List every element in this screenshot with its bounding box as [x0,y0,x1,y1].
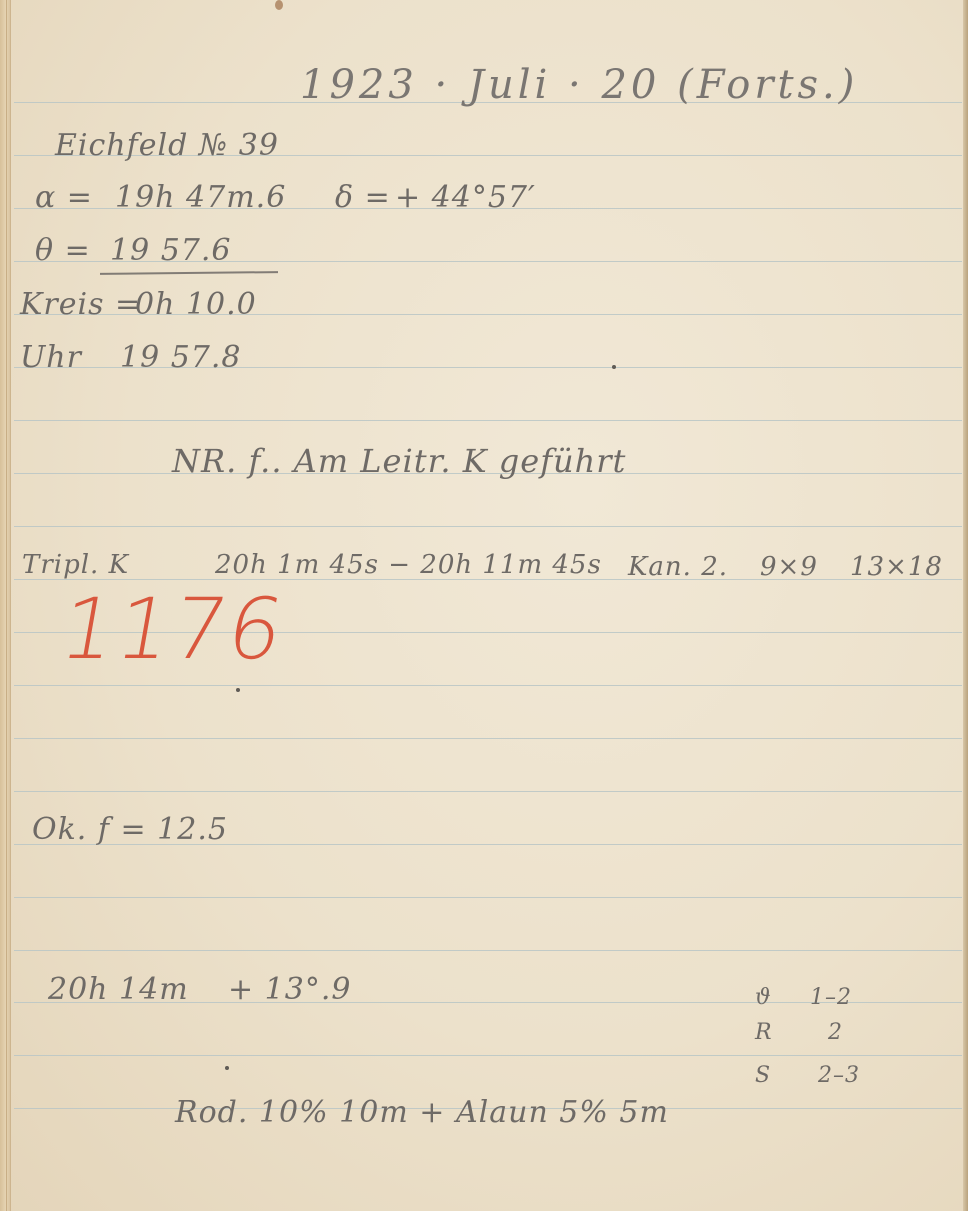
uhr-label: Uhr [20,340,82,375]
page-right-edge [963,0,968,1211]
plate-size-a: 9×9 [760,552,818,582]
condition-label: R [755,1020,773,1045]
condition-value: 2–3 [818,1063,860,1088]
page-title: 1923 · Juli · 20 (Forts.) [300,62,858,108]
field-label: Eichfeld № 39 [55,128,279,163]
kreis-value: 0h 10.0 [135,287,257,322]
sum-underline [100,271,278,275]
condition-label: S [755,1063,771,1088]
exposure-label: Tripl. K [22,550,129,580]
ruled-line [14,685,962,686]
ruled-line [14,526,962,527]
condition-value: 2 [828,1020,843,1045]
reading-temperature: + 13°.9 [228,972,351,1007]
ruled-line [14,897,962,898]
plate-number: 1176 [53,580,292,678]
guiding-note: NR. f.. Am Leitr. K geführt [172,442,626,480]
delta-value: + 44°57′ [395,180,536,215]
condition-label: ϑ [755,985,772,1010]
ruled-line [14,738,962,739]
ruled-line [14,420,962,421]
delta-label: δ = [335,180,391,215]
ruled-line [14,1055,962,1056]
condition-value: 1–2 [810,985,852,1010]
page-binding-line [6,0,7,1211]
kreis-label: Kreis = [20,287,141,322]
theta-value: 19 57.6 [110,233,232,268]
notebook-page: 1923 · Juli · 20 (Forts.) Eichfeld № 39 … [0,0,968,1211]
ruled-line [14,791,962,792]
pencil-dot [612,365,616,369]
uhr-value: 19 57.8 [120,340,242,375]
alpha-label: α = [35,180,93,215]
pencil-dot [225,1066,229,1070]
alpha-value: 19h 47m.6 [115,180,286,215]
camera-label: Kan. 2. [628,552,728,582]
plate-size-b: 13×18 [850,552,943,582]
theta-label: θ = [35,233,91,268]
reading-time: 20h 14m [48,972,189,1007]
ocular-note: Ok. f = 12.5 [32,812,228,847]
ink-stain [275,0,283,10]
ruled-line [14,950,962,951]
pencil-dot [236,688,240,692]
exposure-time-range: 20h 1m 45s − 20h 11m 45s [215,550,602,580]
development-note: Rod. 10% 10m + Alaun 5% 5m [175,1095,669,1130]
